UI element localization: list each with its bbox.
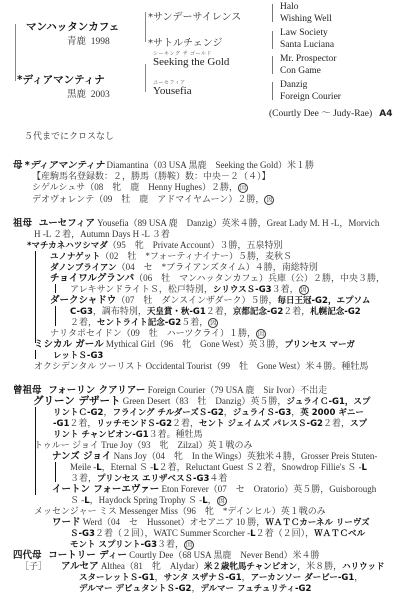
stallion-mark-icon: 因	[299, 285, 309, 295]
brace-line	[272, 31, 273, 49]
cross-note: ５代までにクロスなし	[24, 129, 114, 142]
tree-line	[35, 350, 36, 359]
brace-line	[272, 4, 273, 22]
dam-summary: 【産駒馬名登録数：２，勝馬（勝鞍）数：中央－２（４）】	[32, 171, 271, 183]
foal-row: ナリタポセイドン（09 牡 ハーツクライ）１勝，因	[50, 328, 266, 340]
sire-sire: *サンデーサイレンス	[148, 8, 241, 23]
sire-name: マンハッタンカフェ	[26, 19, 119, 34]
dam-dam: ユーセフィア Yousefia	[153, 85, 192, 97]
stallion-mark-icon: 因	[238, 183, 248, 193]
foal-row: メッセンジャー ミス Messenger Miss（96 牝 *デインヒル）英１…	[34, 506, 326, 518]
foal-row: オクシデンタル ツーリスト Occidental Tourist（99 牡 Go…	[34, 361, 368, 373]
stallion-mark-icon: 因	[184, 540, 194, 550]
g3-halo: Halo	[280, 1, 298, 13]
tree-line	[55, 462, 56, 482]
bracket-line	[145, 12, 146, 42]
foal-row: トゥルー ジョイ True Joy（93 牝 Zilzal）英１戦のみ	[34, 440, 253, 452]
section-label: 四代母	[13, 550, 42, 561]
section-label: 祖母	[13, 218, 32, 229]
bracket-line	[15, 24, 16, 81]
brace-line	[272, 82, 273, 100]
family-note: (Courtly Dee ～ Judy-Rae) A4	[269, 105, 393, 119]
grade-badge: -G3	[255, 285, 271, 295]
g3-con-game: Con Game	[280, 65, 321, 77]
horse-name: ユーセフィア	[39, 218, 95, 229]
stallion-mark-icon: 因	[217, 496, 227, 506]
tree-line	[55, 306, 56, 326]
g3-wishing-well: Wishing Well	[280, 13, 332, 25]
stallion-mark-icon: 因	[208, 318, 218, 328]
child-label: ［子］	[20, 561, 47, 573]
tree-line	[35, 251, 36, 343]
sire-info: 青鹿 1998	[67, 33, 110, 47]
stallion-mark-icon: 因	[256, 329, 266, 339]
granddam-line: 祖母 ユーセフィア Yousefia（89 USA 鹿 Danzig）英米４勝，…	[13, 218, 379, 230]
foal-row: ナンズ ジョイ Nans Joy（04 牝 In the Wings）英独米４勝…	[52, 451, 377, 463]
dam-sire: シーキング ザ ゴールド Seeking the Gold	[153, 56, 229, 68]
g4-line: 四代母 コートリー ディー Courtly Dee（68 USA 黒鹿 Neve…	[13, 550, 320, 562]
granddam-line-2: H -L ２着，Autumn Days H -L ３着	[34, 229, 170, 241]
section-label: 母	[13, 160, 23, 171]
horse-name: *ディアマンティナ	[25, 160, 104, 171]
dam-name: *ディアマンティナ	[17, 72, 105, 87]
foal-row: チョイワルグランパ（06 牡 マンハッタンカフェ）兵庫（公）２勝，中央３勝，	[50, 273, 385, 285]
g3-santa-luciana: Santa Luciana	[280, 39, 334, 51]
foal-row: シゲルシュサ（08 牝 鹿 Henny Hughes）２勝，因	[32, 182, 248, 194]
horse-name: コートリー ディー	[48, 550, 127, 561]
foal-row: イートン フォーエヴァー Eton Forever（07 セ Oratorio）…	[52, 484, 376, 496]
dam-sire-ruby: シーキング ザ ゴールド	[153, 50, 212, 57]
family-code: A4	[379, 109, 392, 119]
g3-mr-prospector: Mr. Prospector	[280, 53, 336, 65]
g3-law-society: Law Society	[280, 27, 328, 39]
tree-line	[55, 284, 56, 293]
foal-row: デオヴォレンテ（09 牡 鹿 アドマイヤムーン）２勝，因	[32, 194, 274, 206]
g3-danzig: Danzig	[280, 79, 307, 91]
bracket-line	[145, 64, 146, 92]
dam-line: 母 *ディアマンティナ Diamantina（03 USA 黒鹿 Seeking…	[13, 160, 314, 172]
g3-foreign-courier: Foreign Courier	[280, 91, 341, 103]
foal-row-cont: デルマー デビュタントＳ-G2，デルマー フュチュリティ-G2	[79, 583, 311, 596]
dam-dam-ruby: ユーセフィア	[153, 79, 186, 86]
brace-line	[272, 56, 273, 74]
dam-info: 黒鹿 2003	[67, 86, 110, 100]
stallion-mark-icon: 因	[264, 195, 274, 205]
sire-dam: *サトルチェンジ	[148, 34, 222, 49]
